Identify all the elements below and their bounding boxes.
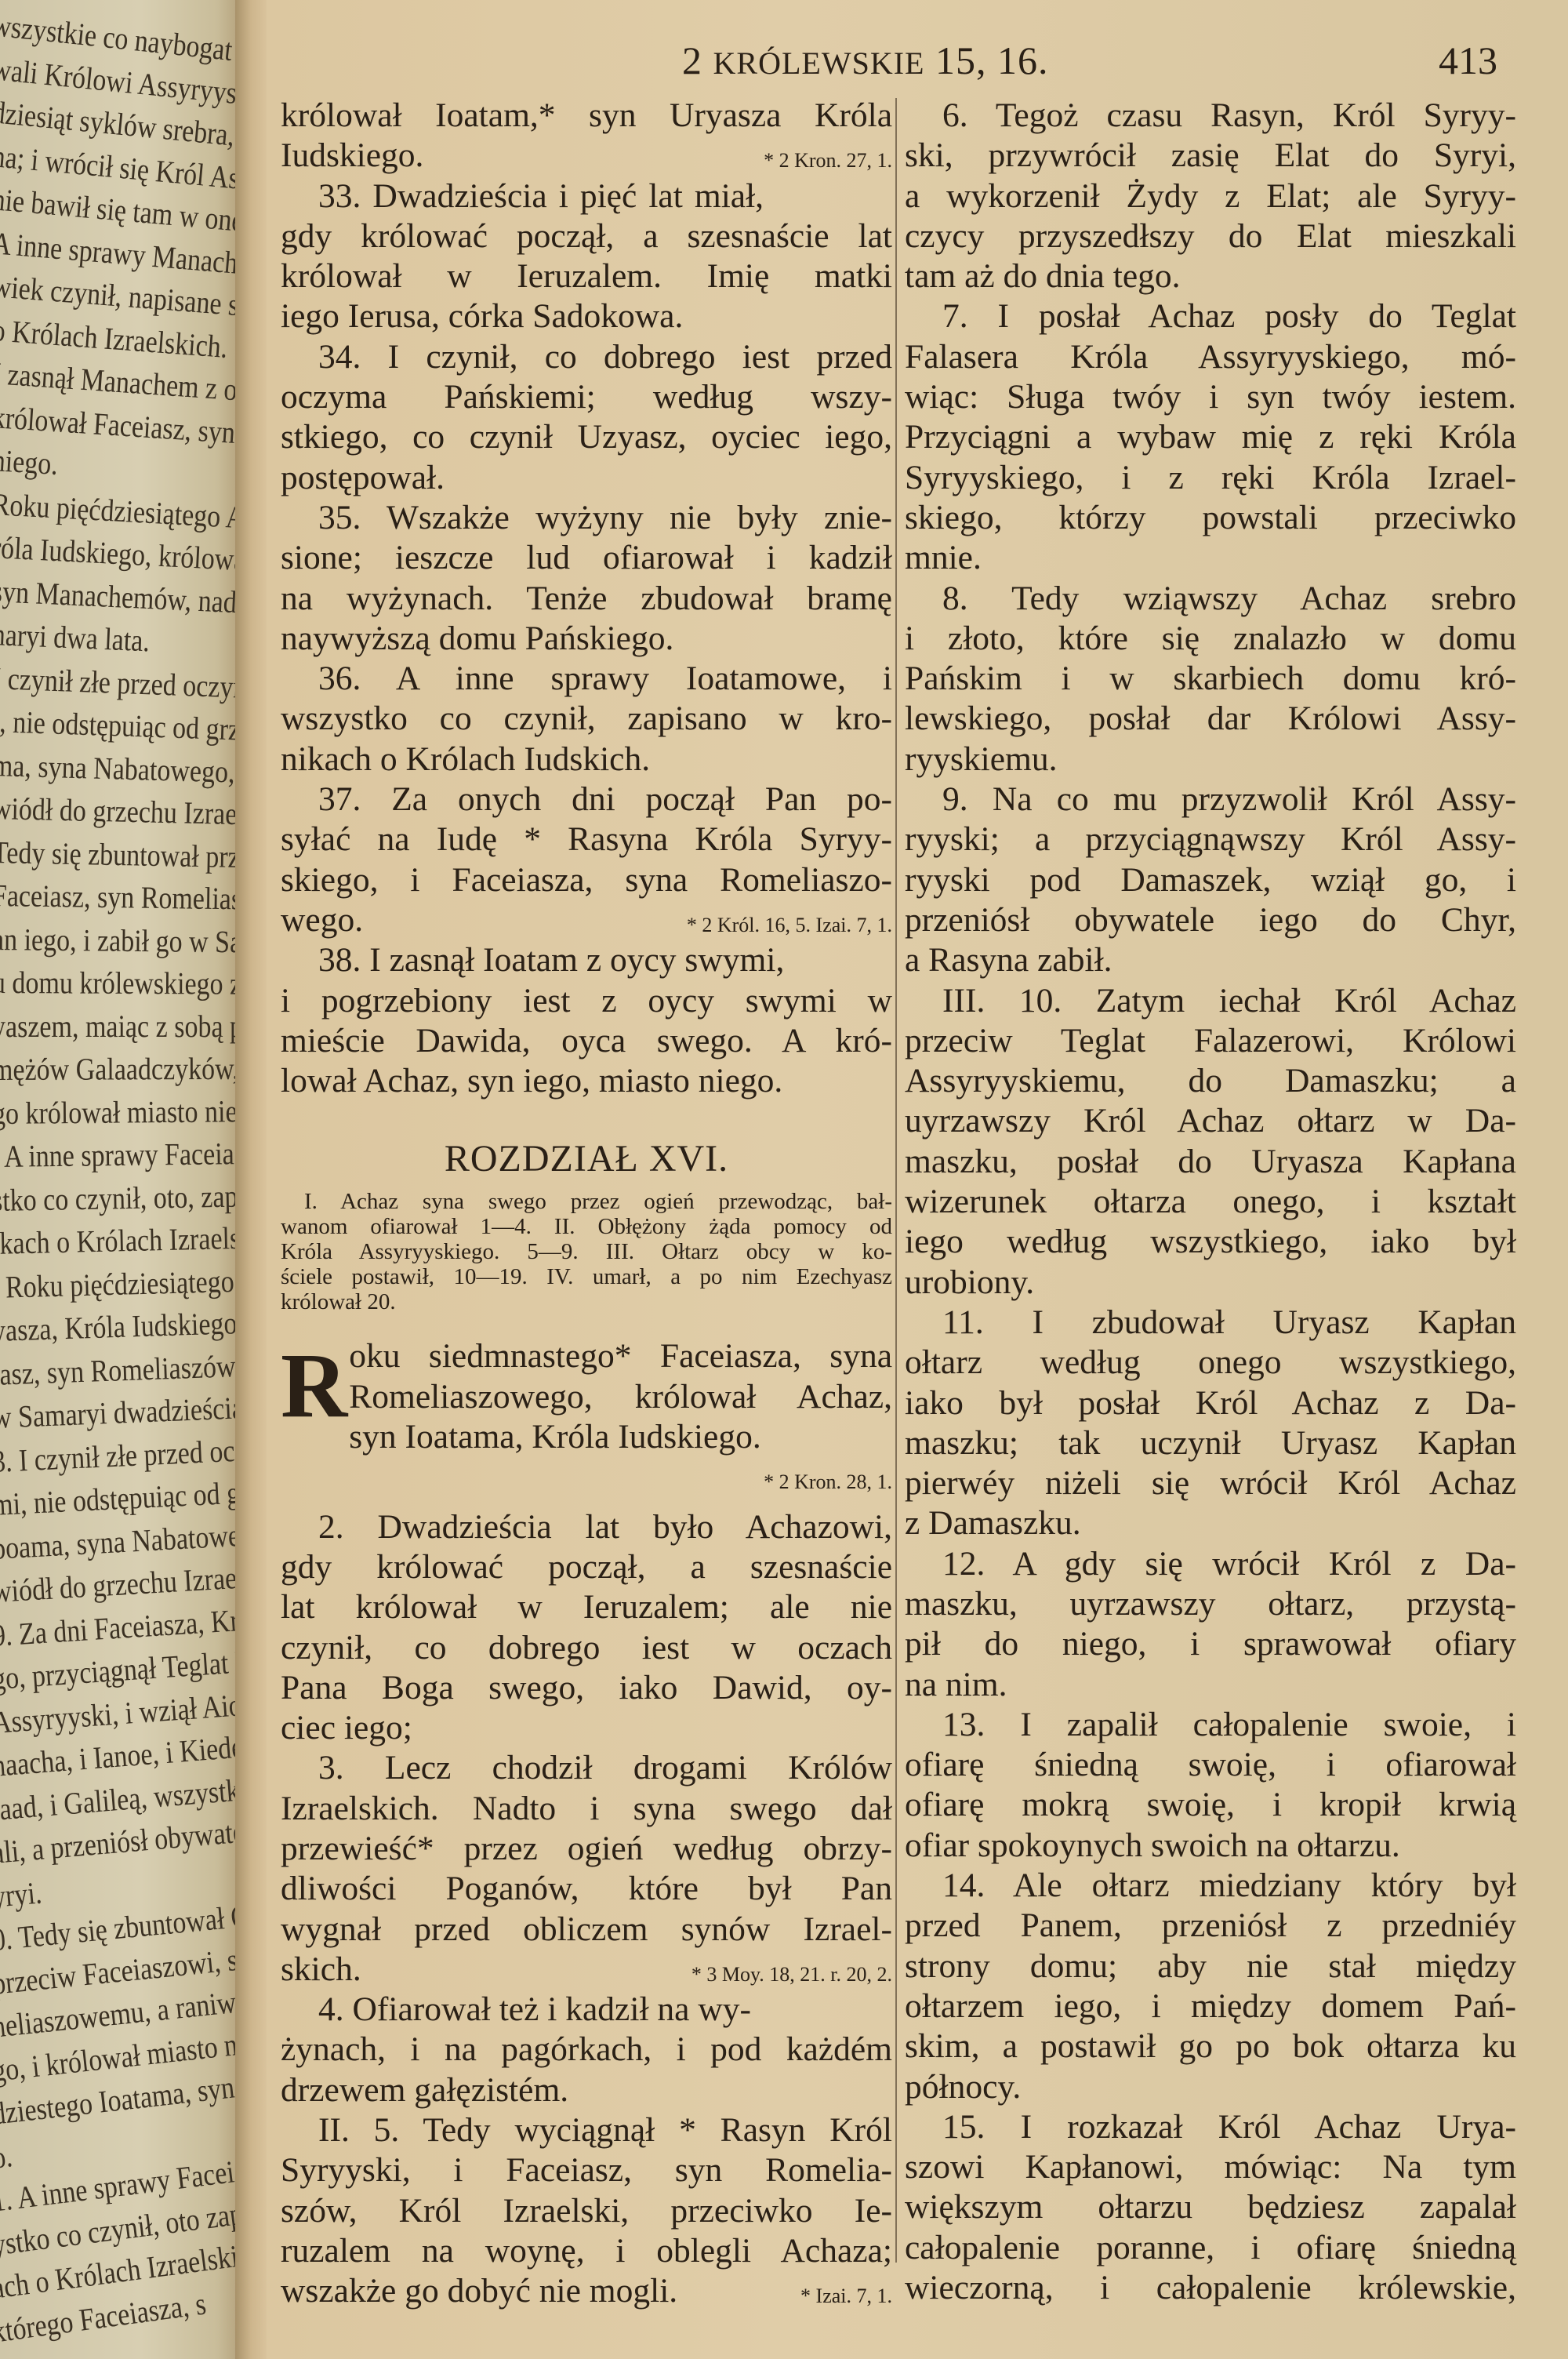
line-text: syn Ioatama, Króla Iudskiego. [349, 1418, 760, 1456]
text-line: 34. I czynił, co dobrego iest przed [281, 337, 892, 377]
line-text: 3. Lecz chodził drogami Królów [318, 1749, 892, 1787]
text-line: 38. I zasnął Ioatam z oycy swymi, [281, 940, 892, 980]
line-text: 7. I posłał Achaz posły do Teglat [942, 297, 1516, 335]
text-line: wieczorną, i całopalenie królewskie, [905, 2268, 1516, 2308]
line-text: oczyma Pańskiemi; według wszy- [281, 378, 892, 416]
line-text: szowi Kapłanowi, mówiąc: Na tym [905, 2148, 1516, 2186]
page-number: 413 [1439, 38, 1497, 83]
line-text: sione; ieszcze lud ofiarował i kadził [281, 539, 892, 576]
text-line: I. Achaz syna swego przez ogień przewodz… [281, 1189, 892, 1214]
text-line: 7. I posłał Achaz posły do Teglat [905, 296, 1516, 336]
chapter-15-verses: królował Ioatam,* syn Uryasza KrólaIudsk… [281, 96, 892, 1101]
text-line: II. 5. Tedy wyciągnął * Rasyn Król [281, 2110, 892, 2150]
line-text: gdy królować począł, a szesnaście lat [281, 217, 892, 255]
line-text: syłać na Iudę * Rasyna Króla Syryy- [281, 820, 892, 858]
chapter-summary: I. Achaz syna swego przez ogień przewodz… [281, 1189, 892, 1314]
line-text: iako był posłał Król Achaz z Da- [905, 1384, 1516, 1422]
text-line: stkiego, co czynił Uzyasz, oyciec iego, [281, 417, 892, 457]
text-line: 36. A inne sprawy Ioatamowe, i [281, 659, 892, 699]
facing-page-line: ikach o Królach Izraelskich. [0, 1218, 235, 1262]
line-text: królował w Ieruzalem. Imię matki [281, 257, 892, 295]
line-text: na wyżynach. Tenże zbudował bramę [281, 580, 892, 617]
text-line: 35. Wszakże wyżyny nie były znie- [281, 498, 892, 538]
chapter-title: ROZDZIAŁ XVI. [281, 1136, 892, 1183]
line-text: ryyskiemu. [905, 740, 1058, 778]
line-text: 36. A inne sprawy Ioatamowe, i [318, 660, 892, 697]
line-text: mieście Dawida, oyca swego. A kró- [281, 1022, 892, 1060]
text-line: przed Panem, przeniósł z przedniéy [905, 1906, 1516, 1946]
line-text: większym ołtarzu będziesz zapalał [905, 2188, 1516, 2226]
text-line: ofiarę mokrą swoię, i kropił krwią [905, 1785, 1516, 1825]
text-line: ofiarę śniedną swoię, i ofiarował [905, 1745, 1516, 1785]
text-line: 15. I rozkazał Król Achaz Urya- [905, 2107, 1516, 2147]
line-text: wygnał przed obliczem synów Izrael- [281, 1910, 892, 1948]
line-text: i złoto, które się znalazło w domu [905, 620, 1516, 657]
text-line: dliwości Poganów, które był Pan [281, 1869, 892, 1909]
line-text: iego Ierusa, córka Sadokowa. [281, 297, 683, 335]
text-line: strony domu; aby nie stał między [905, 1946, 1516, 1986]
text-line: iego według wszystkiego, iako był [905, 1222, 1516, 1262]
line-text: tam aż do dnia tego. [905, 257, 1181, 295]
text-line: większym ołtarzu będziesz zapalał [905, 2187, 1516, 2227]
line-text: Pańskim i w skarbiech domu kró- [905, 660, 1516, 697]
text-line: 4. Ofiarował też i kadził na wy- [281, 1990, 892, 2030]
line-text: 38. I zasnął Ioatam z oycy swymi, [318, 941, 784, 979]
text-line: maszku; tak uczynił Uryasz Kapłan [905, 1423, 1516, 1463]
line-text: III. 10. Zatym iechał Król Achaz [942, 982, 1516, 1020]
text-line: wego.* 2 Król. 16, 5. Izai. 7, 1. [281, 900, 892, 940]
line-text: wiąc: Sługa twóy i syn twóy iestem. [905, 378, 1516, 416]
line-text: ściele postawił, 10—19. IV. umarł, a po … [281, 1264, 892, 1289]
line-text: Romeliaszowego, królował Achaz, [349, 1378, 892, 1416]
line-text: wszakże go dobyć nie mogli. [281, 2272, 677, 2310]
text-line: żynach, i na pagórkach, i pod każdém [281, 2030, 892, 2070]
line-text: urobiony. [905, 1263, 1034, 1301]
line-text: skiego, którzy powstali przeciwko [905, 499, 1516, 536]
text-line: Syryyskiego, i z ręki Króla Izrael- [905, 458, 1516, 498]
line-text: 35. Wszakże wyżyny nie były znie- [318, 499, 892, 536]
line-text: wizerunek ołtarza onego, i kształt [905, 1183, 1516, 1220]
text-line: pierwéy niżeli się wrócił Król Achaz [905, 1463, 1516, 1503]
text-line: i złoto, które się znalazło w domu [905, 619, 1516, 659]
line-text: Falasera Króla Assyryyskiego, mó- [905, 338, 1516, 376]
text-line: wiąc: Sługa twóy i syn twóy iestem. [905, 377, 1516, 417]
text-line: 37. Za onych dni począł Pan po- [281, 780, 892, 820]
text-line: 11. I zbudował Uryasz Kapłan [905, 1303, 1516, 1343]
chapter-16-verses-left: 2. Dwadzieścia lat było Achazowi,gdy kró… [281, 1507, 892, 2312]
text-line: naywyższą domu Pańskiego. [281, 619, 892, 659]
line-text: skiego, i Faceiasza, syna Romeliaszo- [281, 861, 892, 899]
line-text: Przyciągni a wybaw mię z ręki Króla [905, 418, 1516, 456]
text-line: ryyskiemu. [905, 740, 1516, 780]
text-line: przeniósł obywatele iego do Chyr, [905, 900, 1516, 940]
cross-reference: * Izai. 7, 1. [800, 2276, 892, 2316]
line-text: przed Panem, przeniósł z przedniéy [905, 1906, 1516, 1944]
line-text: uyrzawszy Król Achaz ołtarz w Da- [905, 1102, 1516, 1140]
cross-reference: * 3 Moy. 18, 21. r. 20, 2. [691, 1954, 892, 1994]
text-line: ski, przywrócił zasię Elat do Syryi, [905, 136, 1516, 176]
line-text: ofiarę mokrą swoię, i kropił krwią [905, 1786, 1516, 1823]
facing-page-line: yaszem, maiąc z sobą pięćdz [0, 1008, 235, 1045]
text-line: pił do niego, i sprawował ofiary [905, 1624, 1516, 1664]
line-text: ołtarz według onego wszystkiego, [905, 1343, 1516, 1381]
text-line: Przyciągni a wybaw mię z ręki Króla [905, 417, 1516, 457]
text-line: na nim. [905, 1665, 1516, 1705]
book-number: 2 [682, 38, 713, 82]
line-text: 33. Dwadzieścia i pięć lat miał, [318, 177, 764, 215]
text-line: wszakże go dobyć nie mogli.* Izai. 7, 1. [281, 2271, 892, 2311]
facing-page-line: wiódł do grzechu Izraela. [0, 790, 235, 833]
line-text: wanom ofiarował 1—4. II. Obłężony żąda p… [281, 1214, 892, 1239]
line-text: ruzalem na woynę, i oblegli Achaza; [281, 2232, 892, 2270]
text-line: przewieść* przez ogień według obrzy- [281, 1829, 892, 1869]
line-text: maszku, uyrzawszy ołtarz, przystą- [905, 1585, 1516, 1623]
text-line: oczyma Pańskiemi; według wszy- [281, 377, 892, 417]
line-text: królował Ioatam,* syn Uryasza Króla [281, 96, 892, 134]
line-text: ryyski; a przyciągnąwszy Król Assy- [905, 820, 1516, 858]
facing-page-line: naryi dwa lata. [0, 616, 151, 659]
text-line: 13. I zapalił całopalenie swoie, i [905, 1705, 1516, 1745]
text-line: królował 20. [281, 1289, 892, 1314]
text-line: i pogrzebiony iest z oycy swymi w [281, 981, 892, 1021]
text-line: mieście Dawida, oyca swego. A kró- [281, 1021, 892, 1061]
line-text: Assyryyskiemu, do Damaszku; a [905, 1062, 1516, 1100]
drop-cap: R [281, 1350, 347, 1421]
line-text: naywyższą domu Pańskiego. [281, 620, 673, 657]
text-line: przeciw Teglat Falazerowi, Królowi [905, 1021, 1516, 1061]
line-text: 15. I rozkazał Król Achaz Urya- [942, 2108, 1516, 2146]
line-text: 13. I zapalił całopalenie swoie, i [942, 1706, 1516, 1743]
text-line: skim, a postawił go po bok ołtarza ku [905, 2026, 1516, 2066]
line-text: wego. [281, 901, 363, 939]
text-line: iego Ierusa, córka Sadokowa. [281, 296, 892, 336]
text-line: postępował. [281, 458, 892, 498]
line-text: 11. I zbudował Uryasz Kapłan [942, 1303, 1516, 1341]
facing-page-line: yasza, Króla Iudskiego, królował [0, 1301, 235, 1349]
text-line: sione; ieszcze lud ofiarował i kadził [281, 538, 892, 578]
facing-page-line: iasz, syn Romeliaszów, nad Izra [0, 1343, 235, 1392]
column-divider [895, 98, 897, 2263]
line-text: nikach o Królach Iudskich. [281, 740, 650, 778]
text-line: 6. Tegoż czasu Rasyn, Król Syryy- [905, 96, 1516, 136]
line-text: stkiego, co czynił Uzyasz, oyciec iego, [281, 418, 892, 456]
book-name: Królewskie [713, 45, 925, 81]
text-line: oku siedmnastego* Faceiasza, syna [281, 1336, 892, 1376]
line-text: dliwości Poganów, które był Pan [281, 1870, 892, 1907]
line-text: czycy przyszedłszy do Elat mieszkali [905, 217, 1516, 255]
line-text: czynił, co dobrego iest w oczach [281, 1629, 892, 1667]
text-line: ofiar spokoynych swoich na ołtarzu. [905, 1826, 1516, 1866]
line-text: II. 5. Tedy wyciągnął * Rasyn Król [318, 2111, 892, 2149]
text-line: lewskiego, posłał dar Królowi Assy- [905, 699, 1516, 739]
line-text: iego według wszystkiego, iako był [905, 1223, 1516, 1260]
line-text: szów, Król Izraelski, przeciwko Ie- [281, 2192, 892, 2230]
line-text: ofiar spokoynych swoich na ołtarzu. [905, 1826, 1400, 1864]
text-line: uyrzawszy Król Achaz ołtarz w Da- [905, 1101, 1516, 1141]
chapter-opening: R oku siedmnastego* Faceiasza, synaRomel… [281, 1336, 892, 1497]
text-line: gdy królować począł, a szesnaście [281, 1547, 892, 1587]
text-line: a Rasyna zabił. [905, 940, 1516, 980]
text-line: lat królował w Ieruzalem; ale nie [281, 1587, 892, 1627]
facing-page-line: stko co czynił, oto, zapisano w [0, 1176, 235, 1218]
text-line: Króla Assyryyskiego. 5—9. III. Ołtarz ob… [281, 1239, 892, 1264]
text-line: ołtarzem iego, i między domem Pań- [905, 1986, 1516, 2026]
facing-page-line: syn Manachemów, nad Izra [0, 572, 235, 623]
text-line: ołtarz według onego wszystkiego, [905, 1343, 1516, 1383]
page: 2 Królewskie 15, 16. 413 królował Ioatam… [267, 0, 1568, 2359]
text-line: Falasera Króla Assyryyskiego, mó- [905, 337, 1516, 377]
facing-page-line: mężów Galaadczyków, a za [0, 1050, 235, 1088]
line-text: królował 20. [281, 1289, 396, 1314]
facing-page-line: o. [0, 2137, 14, 2176]
facing-page-line: go królował miasto niego. [0, 1092, 235, 1131]
line-text: maszku, posłał do Uryasza Kapłana [905, 1143, 1516, 1180]
text-line: ciec iego; [281, 1708, 892, 1748]
line-text: 4. Ofiarował też i kadził na wy- [318, 1990, 751, 2028]
running-head: 2 Królewskie 15, 16. 413 [267, 31, 1521, 86]
text-line: ryyski; a przyciągnąwszy Król Assy- [905, 820, 1516, 860]
line-text: z Damaszku. [905, 1504, 1081, 1542]
line-text: skim, a postawił go po bok ołtarza ku [905, 2027, 1516, 2065]
line-text: a Rasyna zabił. [905, 941, 1112, 979]
line-text: przeniósł obywatele iego do Chyr, [905, 901, 1516, 939]
facing-page-line: I czynił złe przed oczyma P [0, 660, 235, 707]
facing-page-line: Tedy się zbuntował przeci [0, 834, 235, 876]
facing-page-line: . A inne sprawy Faceiaszow [0, 1134, 235, 1175]
text-line: czycy przyszedłszy do Elat mieszkali [905, 216, 1516, 256]
text-line: królował Ioatam,* syn Uryasza Króla [281, 96, 892, 136]
facing-page-line: w Samaryi dwadzieścia lat. [0, 1387, 235, 1436]
text-line: ryyski pod Damaszek, wziął go, i [905, 860, 1516, 900]
text-line: iako był posłał Król Achaz z Da- [905, 1383, 1516, 1423]
line-text: 9. Na co mu przyzwolił Król Assy- [942, 780, 1516, 818]
line-text: 14. Ale ołtarz miedziany który był [942, 1866, 1516, 1904]
text-line: gdy królować począł, a szesnaście lat [281, 216, 892, 256]
text-line: czynił, co dobrego iest w oczach [281, 1628, 892, 1668]
line-text: Pana Boga swego, iako Dawid, oy- [281, 1669, 892, 1707]
line-text: drzewem gałęzistém. [281, 2071, 568, 2109]
line-text: lat królował w Ieruzalem; ale nie [281, 1588, 892, 1626]
line-text: lewskiego, posłał dar Królowi Assy- [905, 700, 1516, 737]
text-line: Iudskiego.* 2 Kron. 27, 1. [281, 136, 892, 176]
text-line: 8. Tedy wziąwszy Achaz srebro [905, 579, 1516, 619]
line-text: żynach, i na pagórkach, i pod każdém [281, 2030, 892, 2068]
text-line: Romeliaszowego, królował Achaz, [281, 1377, 892, 1417]
line-text: Iudskiego. [281, 136, 423, 174]
text-line: mnie. [905, 538, 1516, 578]
line-text: całopalenie poranne, i ofiarę śniedną [905, 2229, 1516, 2266]
text-line: syłać na Iudę * Rasyna Króla Syryy- [281, 820, 892, 860]
text-line: wanom ofiarował 1—4. II. Obłężony żąda p… [281, 1214, 892, 1239]
line-text: wieczorną, i całopalenie królewskie, [905, 2269, 1516, 2306]
text-line: szów, Król Izraelski, przeciwko Ie- [281, 2191, 892, 2231]
line-text: 6. Tegoż czasu Rasyn, Król Syryy- [942, 96, 1516, 134]
text-line: drzewem gałęzistém. [281, 2070, 892, 2110]
line-text: przeciw Teglat Falazerowi, Królowi [905, 1022, 1516, 1060]
text-line: urobiony. [905, 1263, 1516, 1303]
text-line: syn Ioatama, Króla Iudskiego. [281, 1417, 892, 1457]
text-line: 3. Lecz chodził drogami Królów [281, 1748, 892, 1788]
facing-page-line: i, nie odstępuiąc od grzech [0, 703, 235, 749]
facing-page-line: boama, syna Nabatowego, k [0, 1514, 235, 1567]
line-text: skich. [281, 1950, 361, 1988]
text-line: a wykorzenił Żydy z Elat; ale Syryy- [905, 176, 1516, 216]
line-text: oku siedmnastego* Faceiasza, syna [349, 1337, 892, 1375]
text-line: 33. Dwadzieścia i pięć lat miał, [281, 176, 892, 216]
line-text: 2. Dwadzieścia lat było Achazowi, [318, 1508, 892, 1546]
facing-page-line: yryi. [0, 1874, 43, 1914]
text-line: skiego, którzy powstali przeciwko [905, 498, 1516, 538]
text-line: Assyryyskiemu, do Damaszku; a [905, 1061, 1516, 1101]
line-text: i pogrzebiony iest z oycy swymi w [281, 982, 892, 1020]
line-text: I. Achaz syna swego przez ogień przewodz… [304, 1189, 892, 1214]
line-text: lował Achaz, syn iego, miasto niego. [281, 1062, 782, 1100]
line-text: wszystko co czynił, zapisano w kro- [281, 700, 892, 737]
line-text: pierwéy niżeli się wrócił Król Achaz [905, 1464, 1516, 1502]
line-text: ofiarę śniedną swoię, i ofiarował [905, 1746, 1516, 1783]
line-text: 37. Za onych dni począł Pan po- [318, 780, 892, 818]
text-line: maszku, posłał do Uryasza Kapłana [905, 1142, 1516, 1182]
text-line: królował w Ieruzalem. Imię matki [281, 256, 892, 296]
line-text: północy. [905, 2068, 1021, 2106]
left-column: królował Ioatam,* syn Uryasza KrólaIudsk… [281, 96, 892, 2317]
facing-page-line: niego. [0, 442, 59, 482]
text-line: skiego, i Faceiasza, syna Romeliaszo- [281, 860, 892, 900]
line-text: mnie. [905, 539, 982, 576]
line-text: ski, przywrócił zasię Elat do Syryi, [905, 136, 1516, 174]
text-line: 9. Na co mu przyzwolił Król Assy- [905, 780, 1516, 820]
text-line: Pana Boga swego, iako Dawid, oy- [281, 1668, 892, 1708]
cross-reference: * 2 Kron. 27, 1. [764, 140, 892, 180]
facing-page-line: ma, syna Nabatowego, k [0, 747, 235, 791]
text-line: wszystko co czynił, zapisano w kro- [281, 699, 892, 739]
line-text: na nim. [905, 1666, 1007, 1703]
facing-page-line: an iego, i zabił go w Samary [0, 921, 235, 961]
facing-page-line: Faceiasz, syn Romeliasz [0, 877, 235, 918]
facing-page-line: . Roku pięćdziesiątego i wtórego [0, 1259, 235, 1306]
running-head-title: 2 Królewskie 15, 16. [682, 38, 1048, 83]
cross-reference: * 2 Kron. 28, 1. [764, 1462, 892, 1502]
text-line: nikach o Królach Iudskich. [281, 740, 892, 780]
line-text: Syryyskiego, i z ręki Króla Izrael- [905, 459, 1516, 496]
line-text: przewieść* przez ogień według obrzy- [281, 1830, 892, 1867]
text-line: 12. A gdy się wrócił Król z Da- [905, 1544, 1516, 1584]
facing-page-line: u domu królewskiego z Argo [0, 964, 235, 1002]
text-line: lował Achaz, syn iego, miasto niego. [281, 1061, 892, 1101]
text-line: 2. Dwadzieścia lat było Achazowi, [281, 1507, 892, 1547]
text-line: 14. Ale ołtarz miedziany który był [905, 1866, 1516, 1906]
text-line: maszku, uyrzawszy ołtarz, przystą- [905, 1584, 1516, 1624]
right-column: 6. Tegoż czasu Rasyn, Król Syryy-ski, pr… [905, 96, 1516, 2308]
text-line: Pańskim i w skarbiech domu kró- [905, 659, 1516, 699]
facing-page-line: róla Iudskiego, królował F [0, 529, 235, 580]
text-line: z Damaszku. [905, 1503, 1516, 1543]
line-text: Syryyski, i Faceiasz, syn Romelia- [281, 2151, 892, 2189]
line-text: postępował. [281, 459, 445, 496]
text-line: ściele postawił, 10—19. IV. umarł, a po … [281, 1264, 892, 1289]
text-line: Syryyski, i Faceiasz, syn Romelia- [281, 2150, 892, 2190]
facing-page-line: mi, nie odstępuiąc od grzech [0, 1471, 235, 1523]
text-line: III. 10. Zatym iechał Król Achaz [905, 981, 1516, 1021]
line-text: gdy królować począł, a szesnaście [281, 1548, 892, 1586]
facing-page-line: wiódł do grzechu Izraela. [0, 1558, 235, 1610]
text-line: ruzalem na woynę, i oblegli Achaza; [281, 2231, 892, 2271]
text-line: Izraelskich. Nadto i syna swego dał [281, 1789, 892, 1829]
text-line: skich.* 3 Moy. 18, 21. r. 20, 2. [281, 1950, 892, 1990]
text-line: na wyżynach. Tenże zbudował bramę [281, 579, 892, 619]
line-text: 34. I czynił, co dobrego iest przed [318, 338, 892, 376]
line-text: ryyski pod Damaszek, wziął go, i [905, 861, 1516, 899]
line-text: maszku; tak uczynił Uryasz Kapłan [905, 1424, 1516, 1462]
line-text: pił do niego, i sprawował ofiary [905, 1625, 1516, 1663]
facing-page: wszystkie co naybogatwali Królowi Assyry… [0, 0, 235, 2359]
text-line: * 2 Kron. 28, 1. [281, 1457, 892, 1497]
line-text: a wykorzenił Żydy z Elat; ale Syryy- [905, 177, 1516, 215]
text-line: północy. [905, 2067, 1516, 2107]
line-text: 8. Tedy wziąwszy Achaz srebro [942, 580, 1516, 617]
book-gutter [235, 0, 267, 2359]
text-line: całopalenie poranne, i ofiarę śniedną [905, 2228, 1516, 2268]
cross-reference: * 2 Król. 16, 5. Izai. 7, 1. [687, 905, 892, 945]
line-text: Króla Assyryyskiego. 5—9. III. Ołtarz ob… [281, 1239, 892, 1264]
line-text: Izraelskich. Nadto i syna swego dał [281, 1790, 892, 1827]
line-text: strony domu; aby nie stał między [905, 1947, 1516, 1985]
text-line: szowi Kapłanowi, mówiąc: Na tym [905, 2147, 1516, 2187]
line-text: ołtarzem iego, i między domem Pań- [905, 1987, 1516, 2025]
text-line: wygnał przed obliczem synów Izrael- [281, 1910, 892, 1950]
text-line: wizerunek ołtarza onego, i kształt [905, 1182, 1516, 1222]
text-line: tam aż do dnia tego. [905, 256, 1516, 296]
line-text: ciec iego; [281, 1709, 412, 1747]
chapter-range: 15, 16. [924, 38, 1048, 82]
facing-page-line: Roku pięćdziesiątego Az [0, 485, 235, 536]
line-text: 12. A gdy się wrócił Król z Da- [942, 1545, 1516, 1583]
facing-page-line: 3. I czynił złe przed oczyma Pa [0, 1427, 235, 1479]
